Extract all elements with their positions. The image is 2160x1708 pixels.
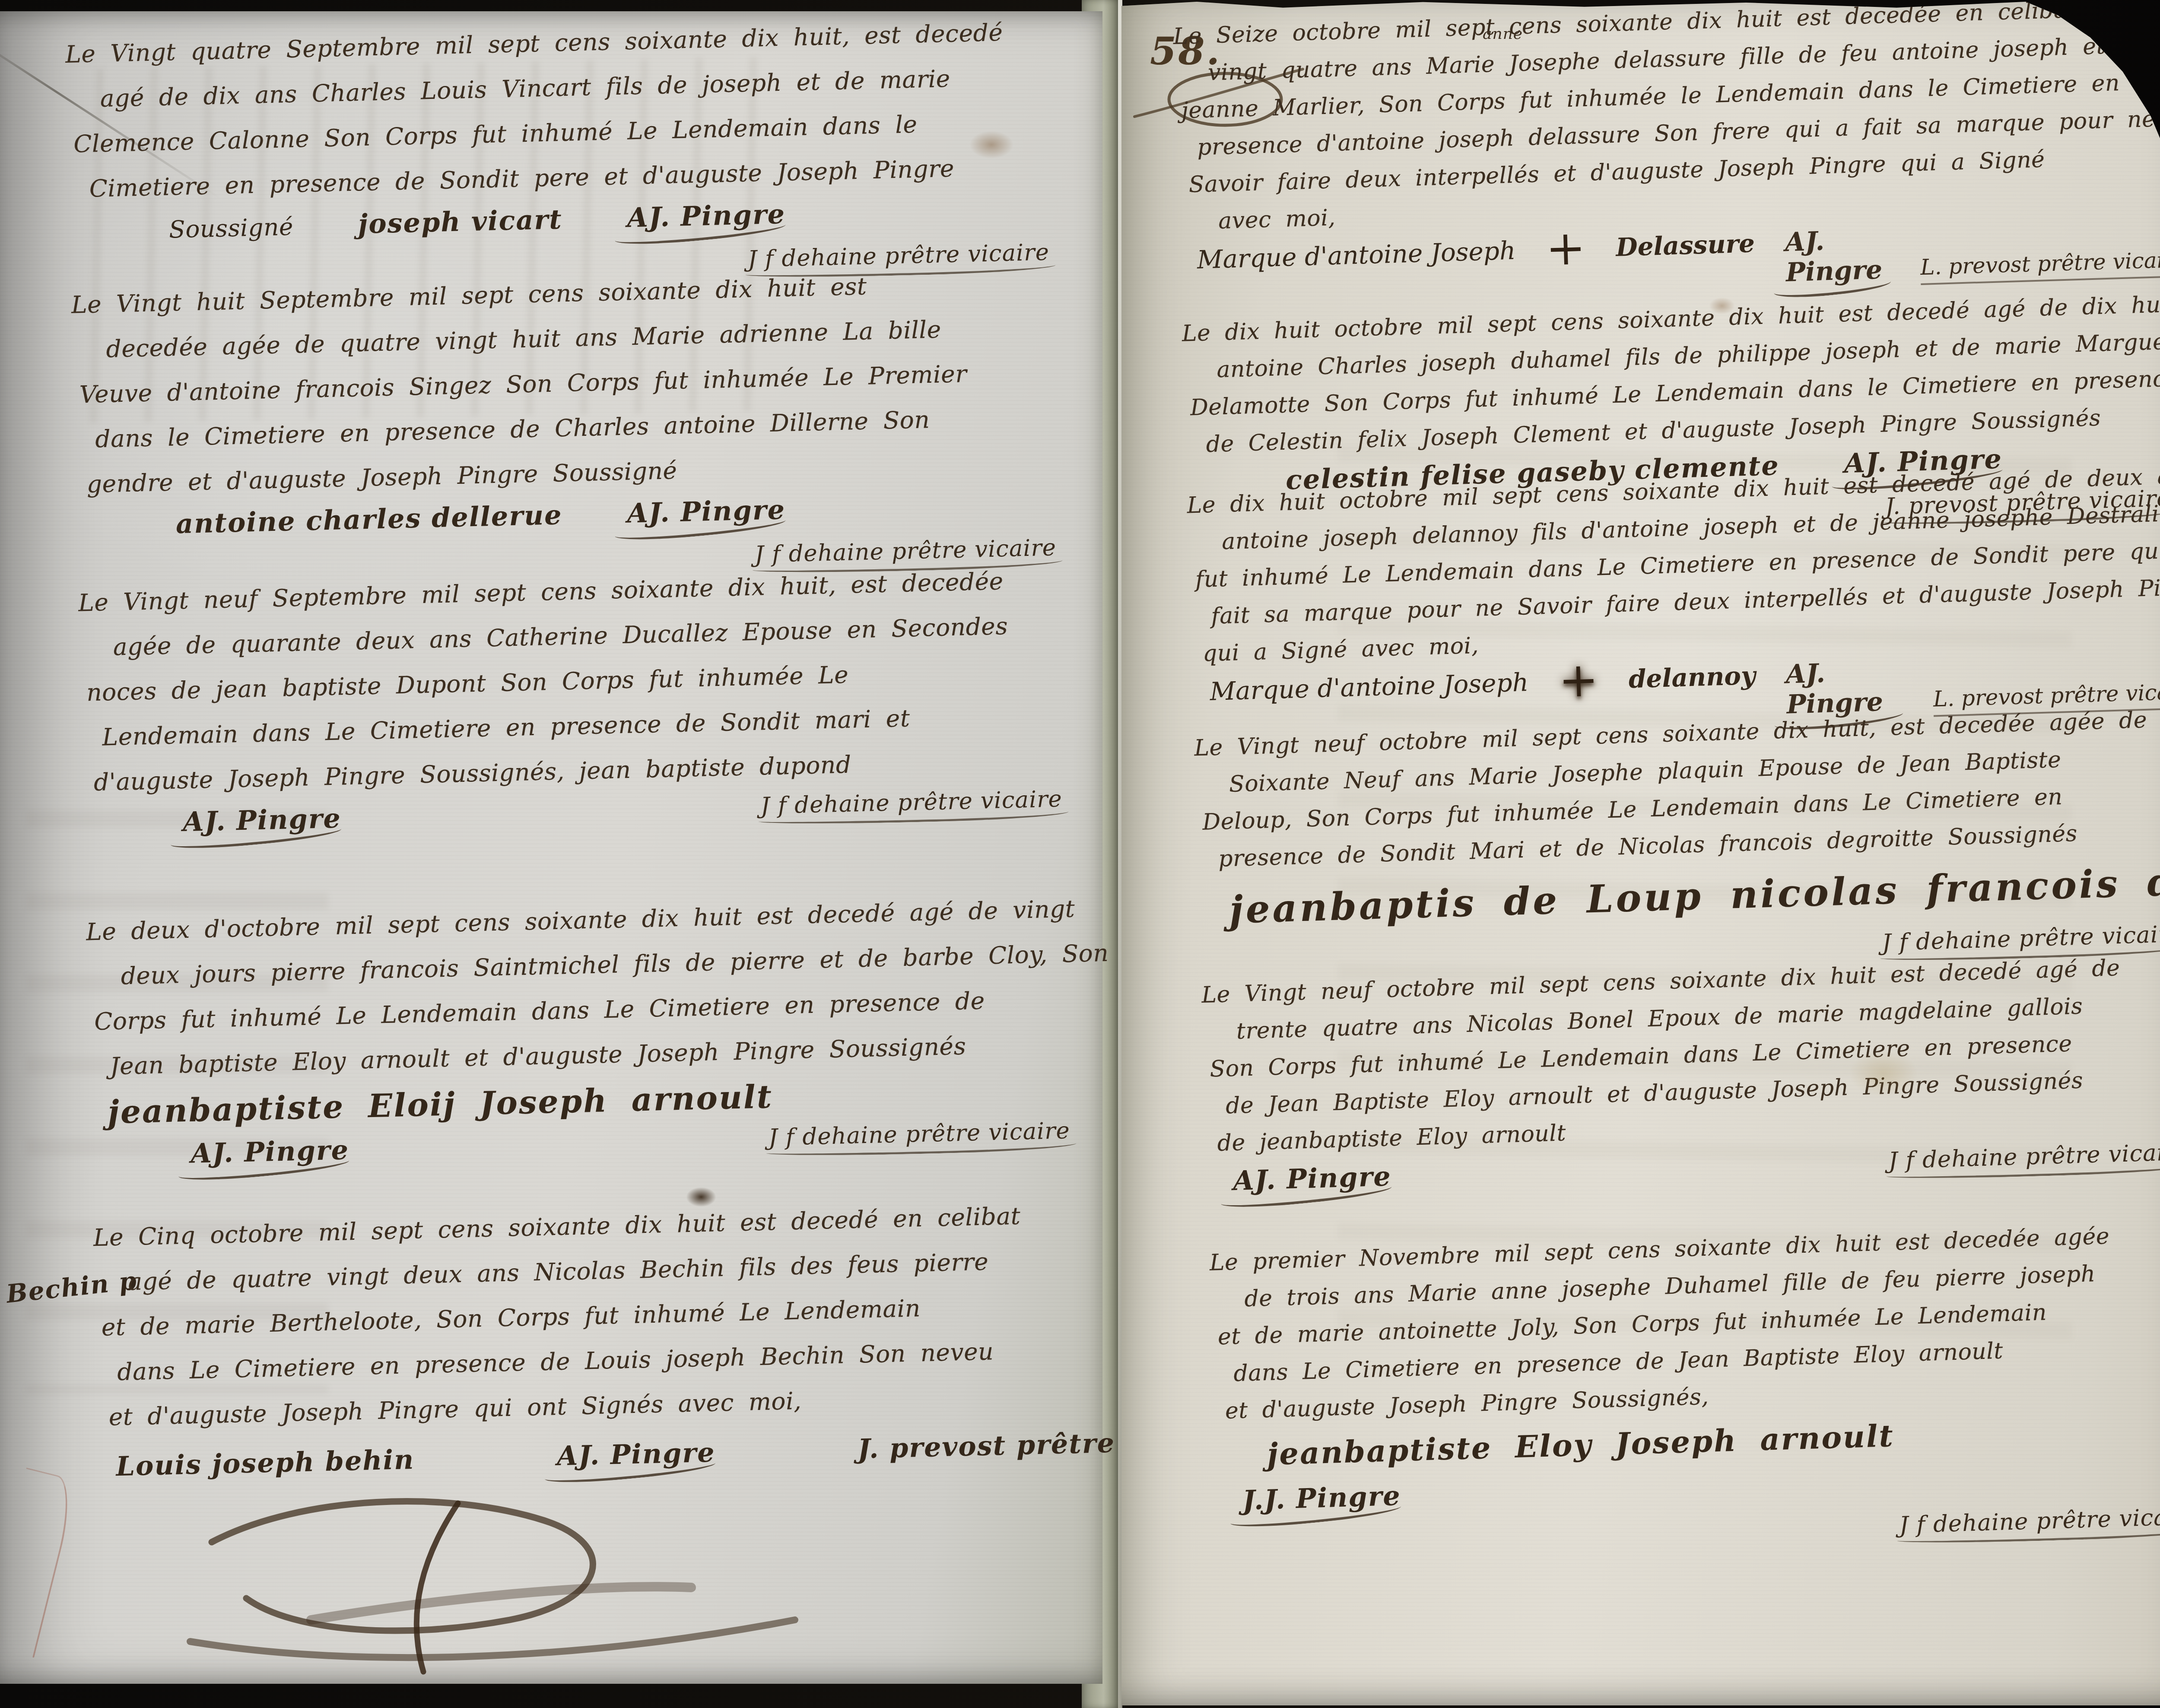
paper-stain bbox=[1849, 1050, 1918, 1097]
signature: Louis joseph behin bbox=[116, 1444, 415, 1482]
burial-entry: Le Vingt neuf octobre mil sept cens soix… bbox=[1194, 700, 2160, 976]
left-page-text: Le Vingt quatre Septembre mil sept cens … bbox=[65, 5, 1105, 1670]
signature: AJ. Pingre bbox=[556, 1436, 716, 1480]
burial-entry: Le Vingt neuf octobre mil sept cens soix… bbox=[1201, 947, 2160, 1194]
signature: delannoy bbox=[1628, 661, 1756, 694]
burial-entry: Le Seize octobre mil sept cens soixante … bbox=[1172, 0, 2160, 314]
paper-stain bbox=[1709, 297, 1735, 314]
burial-entry: Le Cinq octobre mil sept cens soixante d… bbox=[93, 1192, 1101, 1491]
signature-row: Louis joseph behinAJ. PingreJ. prevost p… bbox=[98, 1427, 1102, 1491]
witness-cross-icon: + bbox=[1559, 679, 1598, 680]
ink-blot bbox=[686, 1187, 716, 1207]
right-page: 58. anne Le Seize octobre mil sept cens … bbox=[1121, 0, 2160, 1705]
signature: AJ. Pingre bbox=[191, 1134, 350, 1178]
officiant-signature: J f dehaine prêtre vicaire bbox=[1896, 1503, 2160, 1545]
signature: AJ. Pingre bbox=[1785, 224, 1891, 296]
burial-entry: Le Vingt quatre Septembre mil sept cens … bbox=[65, 8, 1073, 288]
burial-entry: Le premier Novembre mil sept cens soixan… bbox=[1209, 1215, 2160, 1559]
left-page: Bechin p Le Vingt quatre Septembre mil s… bbox=[0, 11, 1102, 1684]
signature: AJ. Pingre bbox=[627, 198, 786, 242]
witness-cross-icon: + bbox=[1546, 248, 1585, 249]
signature: Soussigné bbox=[168, 213, 293, 244]
signature: AJ. Pingre bbox=[182, 802, 342, 846]
burial-entry: Le deux d'octobre mil sept cens soixante… bbox=[86, 886, 1093, 1167]
signature: AJ. Pingre bbox=[627, 494, 786, 538]
officiant-signature: L. prevost prêtre vicaire bbox=[1920, 247, 2160, 285]
ink-stain bbox=[968, 130, 1015, 160]
burial-register-scan: Bechin p Le Vingt quatre Septembre mil s… bbox=[0, 0, 2160, 1708]
burial-entry: Le dix huit octobre mil sept cens soixan… bbox=[1187, 457, 2160, 746]
ink-flourish bbox=[181, 1490, 873, 1689]
burial-entry: Le Vingt neuf Septembre mil sept cens so… bbox=[78, 557, 1086, 835]
corner-crease bbox=[0, 1467, 78, 1657]
signature: J.J. Pingre bbox=[1242, 1480, 1401, 1525]
mark-label: Marque d'antoine Joseph bbox=[1210, 667, 1529, 706]
signature: antoine charles dellerue bbox=[175, 499, 562, 540]
burial-entry: Le Vingt huit Septembre mil sept cens so… bbox=[71, 259, 1080, 584]
right-page-text: Le Seize octobre mil sept cens soixante … bbox=[1172, 0, 2160, 1697]
signature: joseph vicart bbox=[358, 203, 563, 240]
signature: Delassure bbox=[1615, 229, 1755, 262]
signature: AJ. Pingre bbox=[1232, 1160, 1392, 1205]
mark-label: Marque d'antoine Joseph bbox=[1197, 236, 1516, 275]
